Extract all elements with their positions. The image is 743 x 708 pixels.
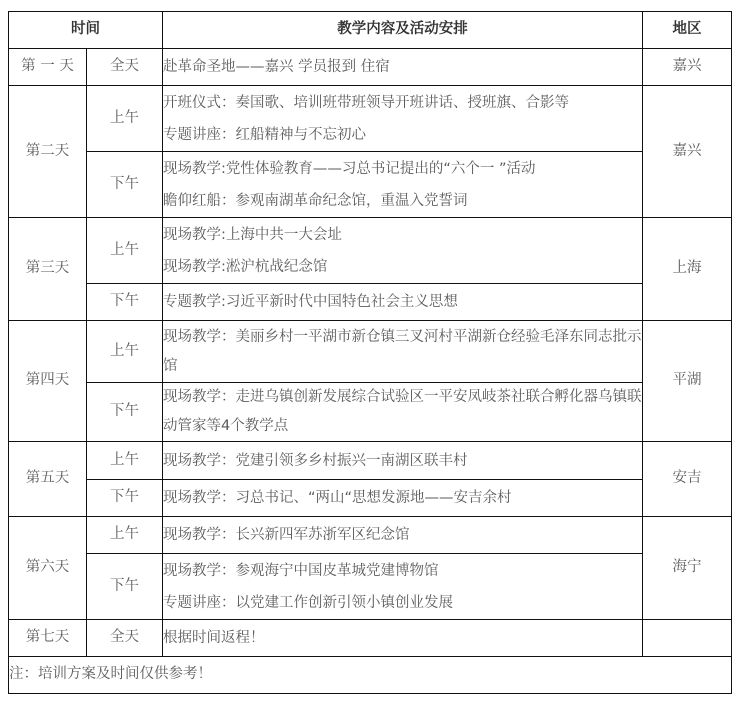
content-line: 开班仪式：奏国歌、培训班带班领导开班讲话、授班旗、合影等 <box>163 87 642 119</box>
day-label: 第七天 <box>9 620 87 657</box>
period-label: 下午 <box>87 480 163 517</box>
table-row-day5-pm: 下午 现场教学：习总书记、“两山“思想发源地——安吉余村 <box>9 480 732 517</box>
content-line: 现场教学:淞沪杭战纪念馆 <box>163 251 642 283</box>
header-time: 时间 <box>9 12 163 49</box>
day-label: 第六天 <box>9 517 87 620</box>
region-label: 平湖 <box>643 321 732 442</box>
session-content: 现场教学：长兴新四军苏浙军区纪念馆 <box>163 517 643 554</box>
table-row-day6-am: 第六天 上午 现场教学：长兴新四军苏浙军区纪念馆 海宁 <box>9 517 732 554</box>
header-region: 地区 <box>643 12 732 49</box>
period-label: 上午 <box>87 218 163 284</box>
table-row-day3-am: 第三天 上午 现场教学:上海中共一大会址 现场教学:淞沪杭战纪念馆 上海 <box>9 218 732 284</box>
content-line: 根据时间返程！ <box>163 622 642 654</box>
period-label: 下午 <box>87 284 163 321</box>
table-row-day3-pm: 下午 专题教学:习近平新时代中国特色社会主义思想 <box>9 284 732 321</box>
day-label: 第五天 <box>9 442 87 517</box>
content-line: 现场教学：参观海宁中国皮革城党建博物馆 <box>163 555 642 587</box>
header-content: 教学内容及活动安排 <box>163 12 643 49</box>
day-label: 第二天 <box>9 86 87 218</box>
session-content: 专题教学:习近平新时代中国特色社会主义思想 <box>163 284 643 321</box>
training-schedule-table: 时间 教学内容及活动安排 地区 第 一 天 全天 赴革命圣地——嘉兴 学员报到 … <box>8 11 732 694</box>
region-label: 嘉兴 <box>643 86 732 218</box>
note-row: 注：培训方案及时间仅供参考！ <box>9 657 732 694</box>
session-content: 现场教学：参观海宁中国皮革城党建博物馆 专题讲座：以党建工作创新引领小镇创业发展 <box>163 554 643 620</box>
session-content: 开班仪式：奏国歌、培训班带班领导开班讲话、授班旗、合影等 专题讲座：红船精神与不… <box>163 86 643 152</box>
period-label: 下午 <box>87 383 163 442</box>
content-line: 专题教学:习近平新时代中国特色社会主义思想 <box>163 286 642 318</box>
period-label: 上午 <box>87 442 163 480</box>
table-row-day4-pm: 下午 现场教学：走进乌镇创新发展综合试验区一平安凤岐茶社联合孵化器乌镇联动管家等… <box>9 383 732 442</box>
table-row-day1: 第 一 天 全天 赴革命圣地——嘉兴 学员报到 住宿 嘉兴 <box>9 49 732 86</box>
header-row: 时间 教学内容及活动安排 地区 <box>9 12 732 49</box>
session-content: 现场教学：习总书记、“两山“思想发源地——安吉余村 <box>163 480 643 517</box>
region-label: 安吉 <box>643 442 732 517</box>
session-content: 现场教学:上海中共一大会址 现场教学:淞沪杭战纪念馆 <box>163 218 643 284</box>
period-label: 全天 <box>87 49 163 86</box>
content-line: 专题讲座：以党建工作创新引领小镇创业发展 <box>163 587 642 619</box>
period-label: 全天 <box>87 620 163 657</box>
period-label: 上午 <box>87 86 163 152</box>
content-line: 专题讲座：红船精神与不忘初心 <box>163 119 642 151</box>
table-row-day2-pm: 下午 现场教学:党性体验教育——习总书记提出的“六个一 ”活动 瞻仰红船：参观南… <box>9 152 732 218</box>
table-row-day7: 第七天 全天 根据时间返程！ <box>9 620 732 657</box>
period-label: 下午 <box>87 152 163 218</box>
region-label: 上海 <box>643 218 732 321</box>
footnote: 注：培训方案及时间仅供参考！ <box>9 657 732 694</box>
day-label: 第四天 <box>9 321 87 442</box>
content-line: 瞻仰红船：参观南湖革命纪念馆，重温入党誓词 <box>163 185 642 217</box>
content-line: 现场教学:党性体验教育——习总书记提出的“六个一 ”活动 <box>163 153 642 185</box>
day-label: 第 一 天 <box>9 49 87 86</box>
region-label: 海宁 <box>643 517 732 620</box>
session-content: 现场教学：走进乌镇创新发展综合试验区一平安凤岐茶社联合孵化器乌镇联动管家等4个教… <box>163 383 643 442</box>
table-row-day2-am: 第二天 上午 开班仪式：奏国歌、培训班带班领导开班讲话、授班旗、合影等 专题讲座… <box>9 86 732 152</box>
content-line: 现场教学：走进乌镇创新发展综合试验区一平安凤岐茶社联合孵化器乌镇联动管家等4个教… <box>163 383 642 441</box>
day-label: 第三天 <box>9 218 87 321</box>
content-line: 赴革命圣地——嘉兴 学员报到 住宿 <box>163 51 642 83</box>
session-content: 现场教学：美丽乡村一平湖市新仓镇三叉河村平湖新仓经验毛泽东同志批示馆 <box>163 321 643 383</box>
content-line: 现场教学：习总书记、“两山“思想发源地——安吉余村 <box>163 482 642 514</box>
region-label: 嘉兴 <box>643 49 732 86</box>
content-line: 现场教学：长兴新四军苏浙军区纪念馆 <box>163 519 642 551</box>
session-content: 现场教学:党性体验教育——习总书记提出的“六个一 ”活动 瞻仰红船：参观南湖革命… <box>163 152 643 218</box>
table-row-day4-am: 第四天 上午 现场教学：美丽乡村一平湖市新仓镇三叉河村平湖新仓经验毛泽东同志批示… <box>9 321 732 383</box>
content-line: 现场教学:上海中共一大会址 <box>163 219 642 251</box>
content-line: 现场教学：党建引领多乡村振兴一南湖区联丰村 <box>163 445 642 477</box>
period-label: 上午 <box>87 321 163 383</box>
session-content: 现场教学：党建引领多乡村振兴一南湖区联丰村 <box>163 442 643 480</box>
content-line: 现场教学：美丽乡村一平湖市新仓镇三叉河村平湖新仓经验毛泽东同志批示馆 <box>163 323 642 381</box>
period-label: 上午 <box>87 517 163 554</box>
period-label: 下午 <box>87 554 163 620</box>
table-row-day6-pm: 下午 现场教学：参观海宁中国皮革城党建博物馆 专题讲座：以党建工作创新引领小镇创… <box>9 554 732 620</box>
region-label <box>643 620 732 657</box>
table-row-day5-am: 第五天 上午 现场教学：党建引领多乡村振兴一南湖区联丰村 安吉 <box>9 442 732 480</box>
session-content: 赴革命圣地——嘉兴 学员报到 住宿 <box>163 49 643 86</box>
session-content: 根据时间返程！ <box>163 620 643 657</box>
